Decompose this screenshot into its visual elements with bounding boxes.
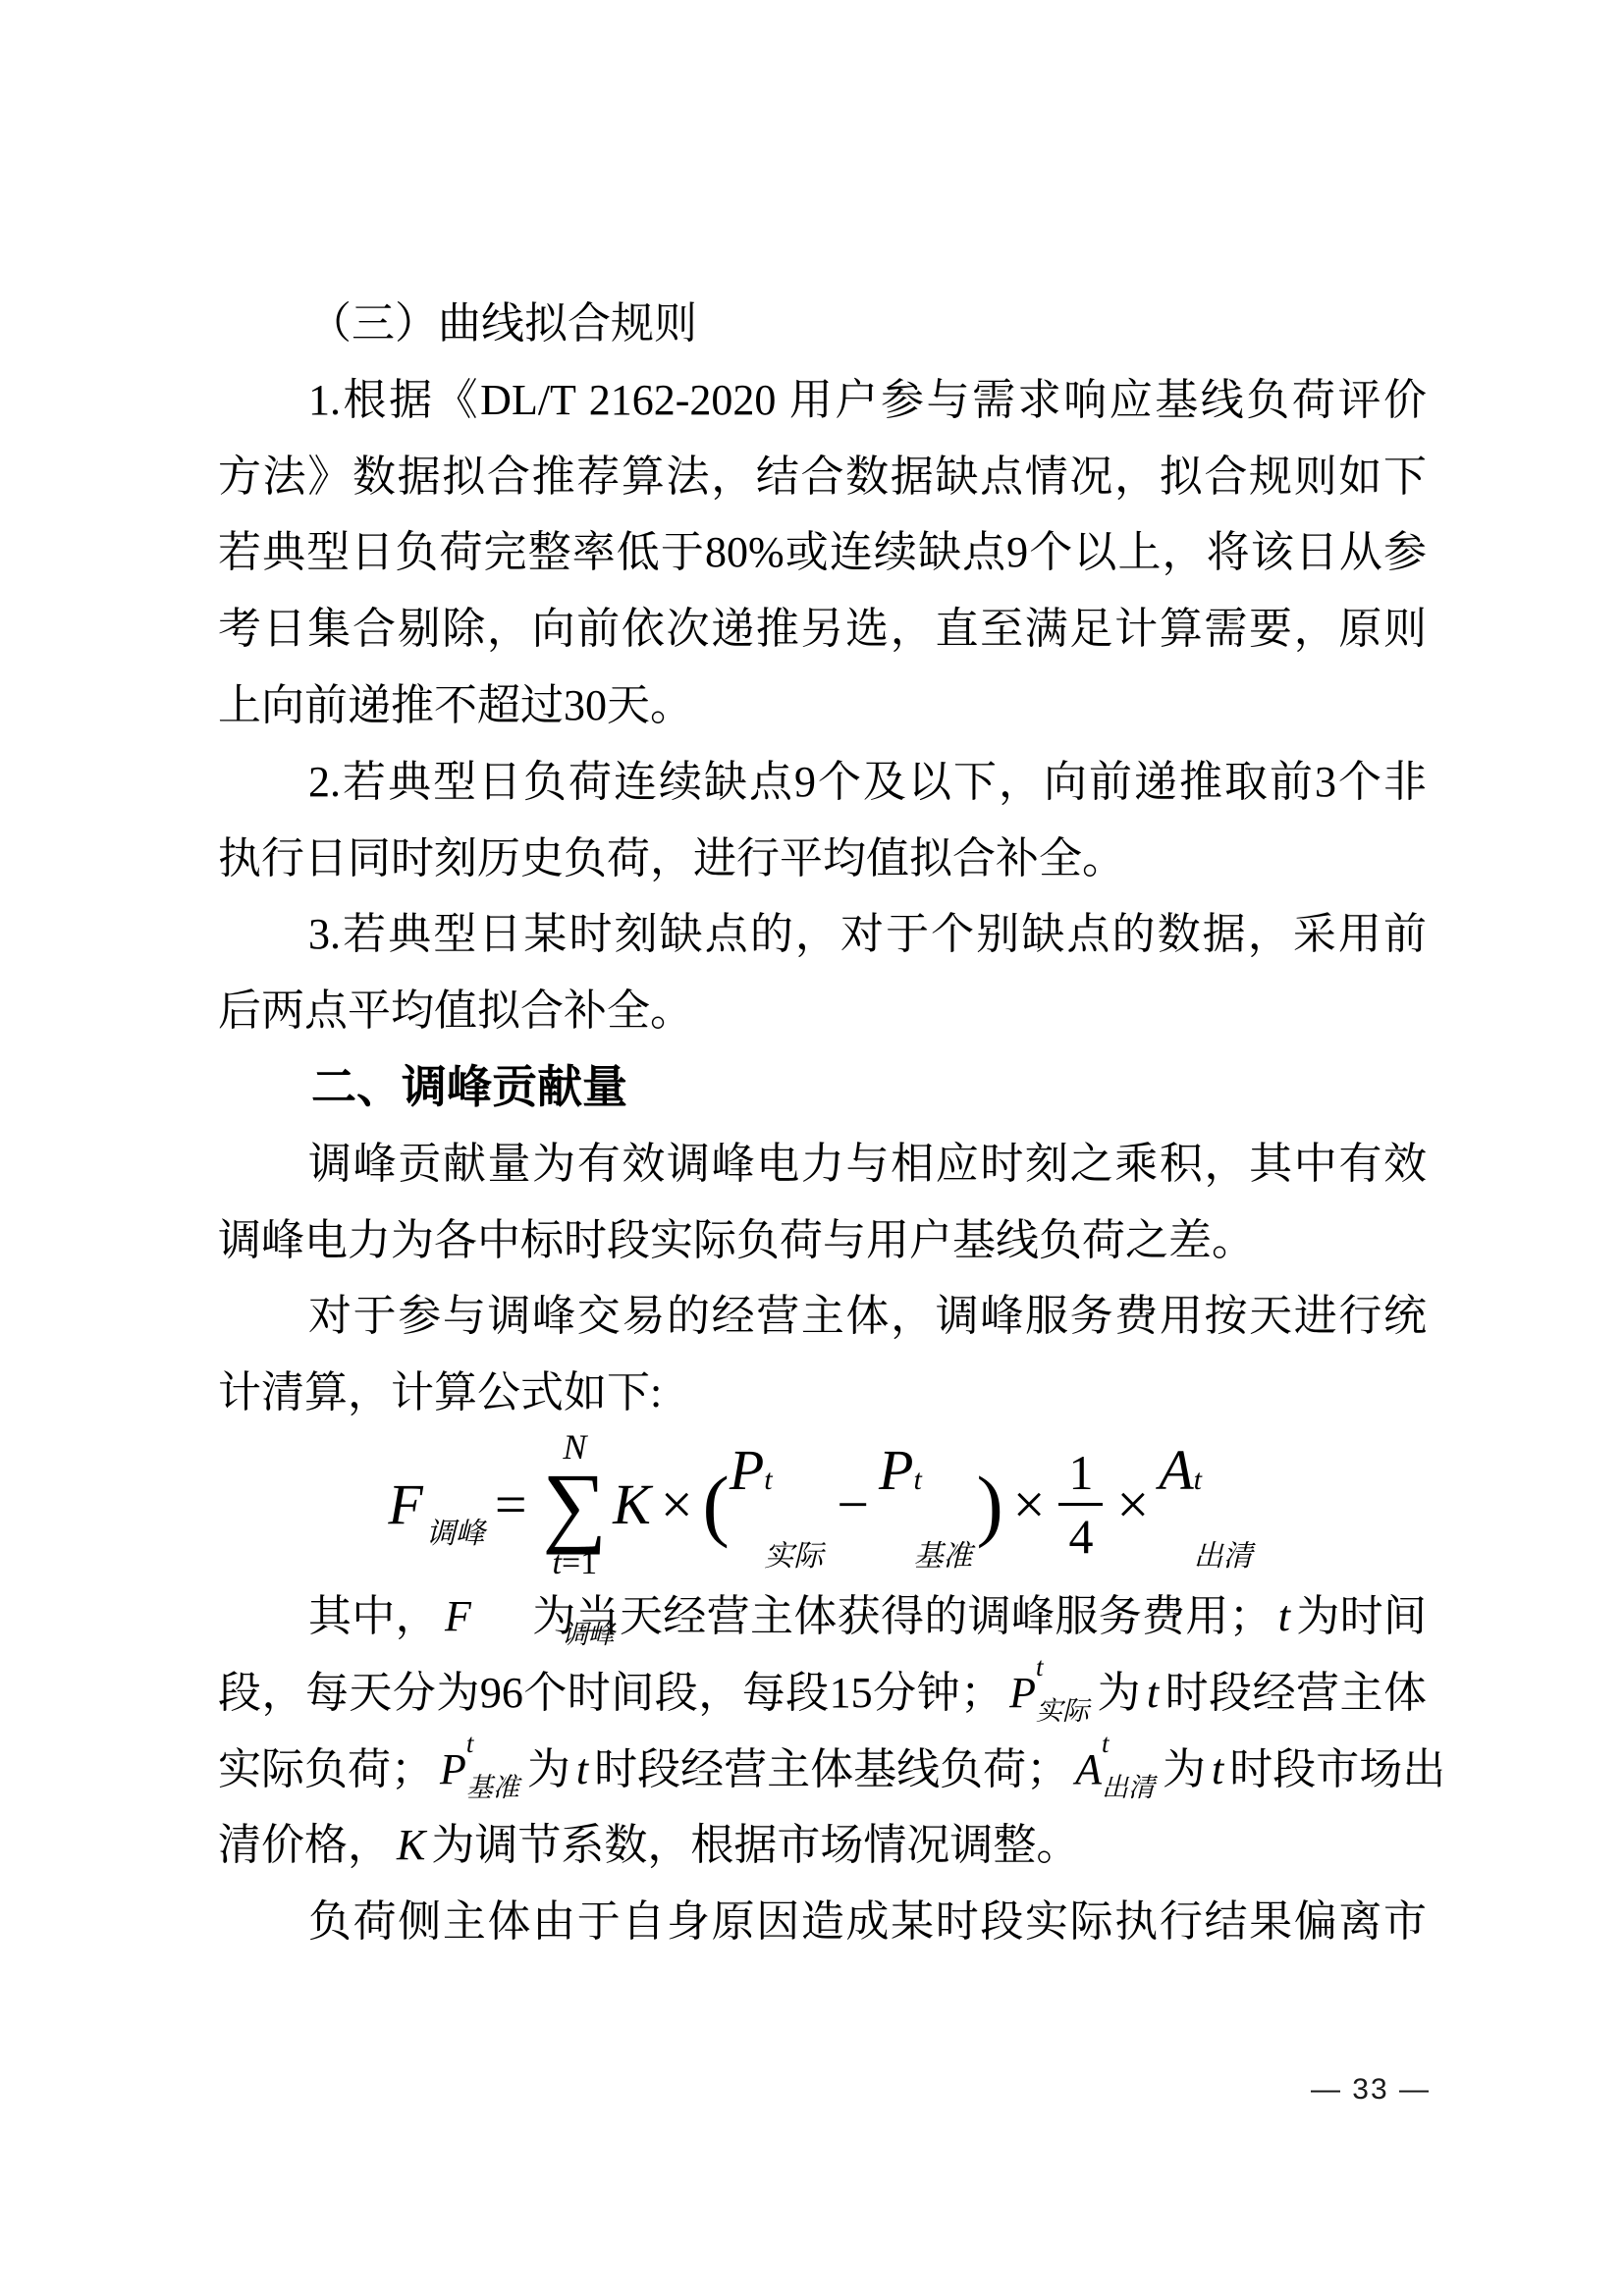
close-paren: ) [976, 1465, 1002, 1545]
equals-sign: = [495, 1471, 527, 1537]
paragraph-4-line-1: 调峰贡献量为有效调峰电力与相应时刻之乘积，其中有效 [218, 1126, 1427, 1202]
summation-symbol: N ∑ t=1 [543, 1429, 608, 1580]
p-baseline-term: Pt基准 [879, 1437, 976, 1572]
paragraph-5-line-1: 对于参与调峰交易的经营主体，调峰服务费用按天进行统 [218, 1278, 1427, 1355]
paragraph-3-line-2: 后两点平均值拟合补全。 [218, 973, 1427, 1049]
var-p-actual-scripts: t实际 [1036, 1668, 1093, 1711]
paragraph-6-line-1: 其中，F调峰为当天经营主体获得的调峰服务费用；t为时间 [218, 1578, 1427, 1655]
formula-lhs: F调峰 [388, 1471, 484, 1537]
var-f: F [445, 1592, 471, 1640]
paragraph-6-line-3: 实际负荷；Pt基准为t时段经营主体基线负荷；At出清为t时段市场出 [218, 1732, 1427, 1808]
var-p-actual: P [1009, 1669, 1036, 1717]
paragraph-1-line-2: 方法》数据拟合推荐算法，结合数据缺点情况，拟合规则如下 [218, 439, 1427, 515]
paragraph-6-line-2: 段，每天分为96个时间段，每段15分钟；Pt实际为t时段经营主体 [218, 1655, 1427, 1732]
sigma-glyph: ∑ [543, 1467, 608, 1543]
page-number: — 33 — [1311, 2073, 1431, 2107]
one-quarter-fraction: 1 4 [1058, 1448, 1103, 1561]
var-a-clearing-scripts: t出清 [1102, 1744, 1159, 1788]
var-t: t [1212, 1745, 1223, 1793]
paragraph-1-line-3: 若典型日负荷完整率低于80%或连续缺点9个以上，将该日从参 [218, 514, 1427, 591]
paragraph-4-line-2: 调峰电力为各中标时段实际负荷与用户基线负荷之差。 [218, 1202, 1427, 1279]
paragraph-1-line-4: 考日集合剔除，向前依次递推另选，直至满足计算需要，原则 [218, 591, 1427, 667]
clearing-price-term: At出清 [1159, 1437, 1256, 1572]
paragraph-2-line-2: 执行日同时刻历史负荷，进行平均值拟合补全。 [218, 821, 1427, 897]
var-t: t [1278, 1592, 1290, 1640]
paragraph-7-line-1: 负荷侧主体由于自身原因造成某时段实际执行结果偏离市 [218, 1884, 1427, 1960]
var-a-clearing: A [1075, 1745, 1102, 1793]
peak-shaving-fee-formula: F调峰 = N ∑ t=1 K × ( Pt实际 − Pt基准 ) × 1 4 … [218, 1431, 1427, 1578]
var-p-baseline-scripts: t基准 [466, 1744, 523, 1788]
times-sign-3: × [1116, 1471, 1149, 1537]
coefficient-k: K [613, 1471, 651, 1537]
sum-lower-limit: t=1 [553, 1547, 598, 1580]
document-page: { "body": { "l1": "（三）曲线拟合规则", "l2": "1.… [0, 0, 1624, 2296]
paragraph-5-line-2: 计清算，计算公式如下: [218, 1355, 1427, 1431]
var-f-subscript: 调峰 [471, 1591, 528, 1634]
open-paren: ( [703, 1465, 730, 1545]
paragraph-3-line-1: 3.若典型日某时刻缺点的，对于个别缺点的数据，采用前 [218, 896, 1427, 973]
section-heading-peak-contribution: 二、调峰贡献量 [218, 1049, 1427, 1126]
var-k: K [397, 1821, 425, 1869]
var-t: t [1147, 1669, 1159, 1717]
times-sign-2: × [1013, 1471, 1046, 1537]
section-heading-curve-fitting: （三）曲线拟合规则 [218, 286, 1427, 362]
var-t: t [576, 1745, 588, 1793]
var-p-baseline: P [440, 1745, 466, 1793]
document-body: （三）曲线拟合规则 1.根据《DL/T 2162-2020 用户参与需求响应基线… [218, 286, 1427, 1960]
p-actual-term: Pt实际 [730, 1437, 827, 1572]
paragraph-1-line-5: 上向前递推不超过30天。 [218, 667, 1427, 744]
paragraph-1-line-1: 1.根据《DL/T 2162-2020 用户参与需求响应基线负荷评价 [218, 362, 1427, 439]
paragraph-2-line-1: 2.若典型日负荷连续缺点9个及以下，向前递推取前3个非 [218, 744, 1427, 821]
minus-sign: − [837, 1471, 869, 1537]
paragraph-6-line-4: 清价格，K为调节系数，根据市场情况调整。 [218, 1807, 1427, 1884]
times-sign: × [661, 1471, 693, 1537]
